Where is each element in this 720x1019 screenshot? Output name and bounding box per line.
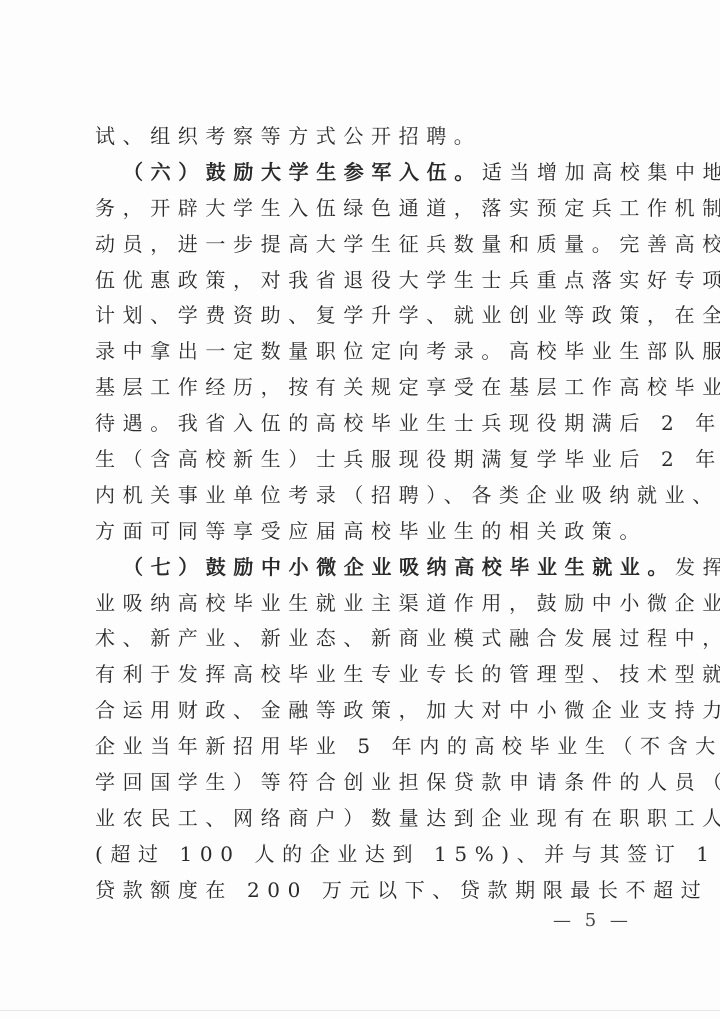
line-text: 基层工作经历，按有关规定享受在基层工作高校毕业生同等政策 (95, 375, 720, 399)
text-line: 学回国学生）等符合创业担保贷款申请条件的人员（不含返乡创 (95, 765, 635, 801)
text-line: 有利于发挥高校毕业生专业专长的管理型、技术型就业岗位。综 (95, 657, 635, 693)
line-text: 试、组织考察等方式公开招聘。 (95, 124, 481, 148)
text-line: 业农民工、网络商户）数量达到企业现有在职职工人数 30% (95, 801, 635, 837)
line-text: 企业当年新招用毕业 5 年内的高校毕业生（不含大学生村官、留 (95, 734, 720, 758)
line-text: 计划、学费资助、复学升学、就业创业等政策，在全省公务员招 (95, 303, 720, 327)
text-line: 试、组织考察等方式公开招聘。 (95, 119, 635, 155)
line-text: 录中拿出一定数量职位定向考录。高校毕业生部队服役经历视为 (95, 339, 720, 363)
body-text: 试、组织考察等方式公开招聘。 （六）鼓励大学生参军入伍。适当增加高校集中地区征兵… (95, 119, 635, 909)
text-line: 生（含高校新生）士兵服现役期满复学毕业后 2 年内，在参加省 (95, 442, 635, 478)
line-text: 业吸纳高校毕业生就业主渠道作用，鼓励中小微企业在与新技 (95, 591, 720, 615)
line-text: 发挥中小微企 (675, 555, 720, 579)
text-line: 术、新产业、新业态、新商业模式融合发展过程中，进一步开发 (95, 621, 635, 657)
text-line: 伍优惠政策，对我省退役大学生士兵重点落实好专项研究生招生 (95, 263, 635, 299)
page-number: — 5 — (553, 910, 632, 931)
section-heading-line: （六）鼓励大学生参军入伍。适当增加高校集中地区征兵任 (95, 155, 635, 191)
line-text: 适当增加高校集中地区征兵任 (482, 160, 720, 184)
text-line: 录中拿出一定数量职位定向考录。高校毕业生部队服役经历视为 (95, 334, 635, 370)
line-text: 动员，进一步提高大学生征兵数量和质量。完善高校学生参军入 (95, 232, 720, 256)
text-line: 内机关事业单位考录（招聘）、各类企业吸纳就业、自主创业等 (95, 478, 635, 514)
line-text: 伍优惠政策，对我省退役大学生士兵重点落实好专项研究生招生 (95, 268, 720, 292)
page-edge-divider (0, 1010, 720, 1011)
line-text: 业农民工、网络商户）数量达到企业现有在职职工人数 30% (95, 806, 720, 830)
line-text: 务，开辟大学生入伍绿色通道，落实预定兵工作机制，加强宣传 (95, 196, 720, 220)
section-heading-6: （六）鼓励大学生参军入伍。 (123, 160, 482, 184)
text-line: 待遇。我省入伍的高校毕业生士兵现役期满后 2 年内或高校在校 (95, 406, 635, 442)
section-heading-7: （七）鼓励中小微企业吸纳高校毕业生就业。 (123, 555, 675, 579)
text-line: (超过 100 人的企业达到 15%)、并与其签订 1 年以上劳动合同、 (95, 837, 635, 873)
line-text: 生（含高校新生）士兵服现役期满复学毕业后 2 年内，在参加省 (95, 447, 720, 471)
text-line: 合运用财政、金融等政策，加大对中小微企业支持力度。对小微 (95, 693, 635, 729)
text-line: 基层工作经历，按有关规定享受在基层工作高校毕业生同等政策 (95, 370, 635, 406)
section-heading-line: （七）鼓励中小微企业吸纳高校毕业生就业。发挥中小微企 (95, 550, 635, 586)
line-text: 有利于发挥高校毕业生专业专长的管理型、技术型就业岗位。综 (95, 662, 720, 686)
text-line: 动员，进一步提高大学生征兵数量和质量。完善高校学生参军入 (95, 227, 635, 263)
text-line: 业吸纳高校毕业生就业主渠道作用，鼓励中小微企业在与新技 (95, 586, 635, 622)
document-page: 试、组织考察等方式公开招聘。 （六）鼓励大学生参军入伍。适当增加高校集中地区征兵… (0, 0, 720, 1019)
line-text: 贷款额度在 200 万元以下、贷款期限最长不超过 2 年的，财政部 (95, 878, 720, 902)
line-text: 方面可同等享受应届高校毕业生的相关政策。 (95, 519, 647, 543)
text-line: 务，开辟大学生入伍绿色通道，落实预定兵工作机制，加强宣传 (95, 191, 635, 227)
text-line: 企业当年新招用毕业 5 年内的高校毕业生（不含大学生村官、留 (95, 729, 635, 765)
line-text: (超过 100 人的企业达到 15%)、并与其签订 1 年以上劳动合同、 (95, 842, 720, 866)
text-line: 方面可同等享受应届高校毕业生的相关政策。 (95, 514, 635, 550)
line-text: 学回国学生）等符合创业担保贷款申请条件的人员（不含返乡创 (95, 770, 720, 794)
text-line: 计划、学费资助、复学升学、就业创业等政策，在全省公务员招 (95, 298, 635, 334)
line-text: 术、新产业、新业态、新商业模式融合发展过程中，进一步开发 (95, 626, 720, 650)
line-text: 待遇。我省入伍的高校毕业生士兵现役期满后 2 年内或高校在校 (95, 411, 720, 435)
line-text: 合运用财政、金融等政策，加大对中小微企业支持力度。对小微 (95, 698, 720, 722)
line-text: 内机关事业单位考录（招聘）、各类企业吸纳就业、自主创业等 (95, 483, 720, 507)
text-line: 贷款额度在 200 万元以下、贷款期限最长不超过 2 年的，财政部 (95, 873, 635, 909)
